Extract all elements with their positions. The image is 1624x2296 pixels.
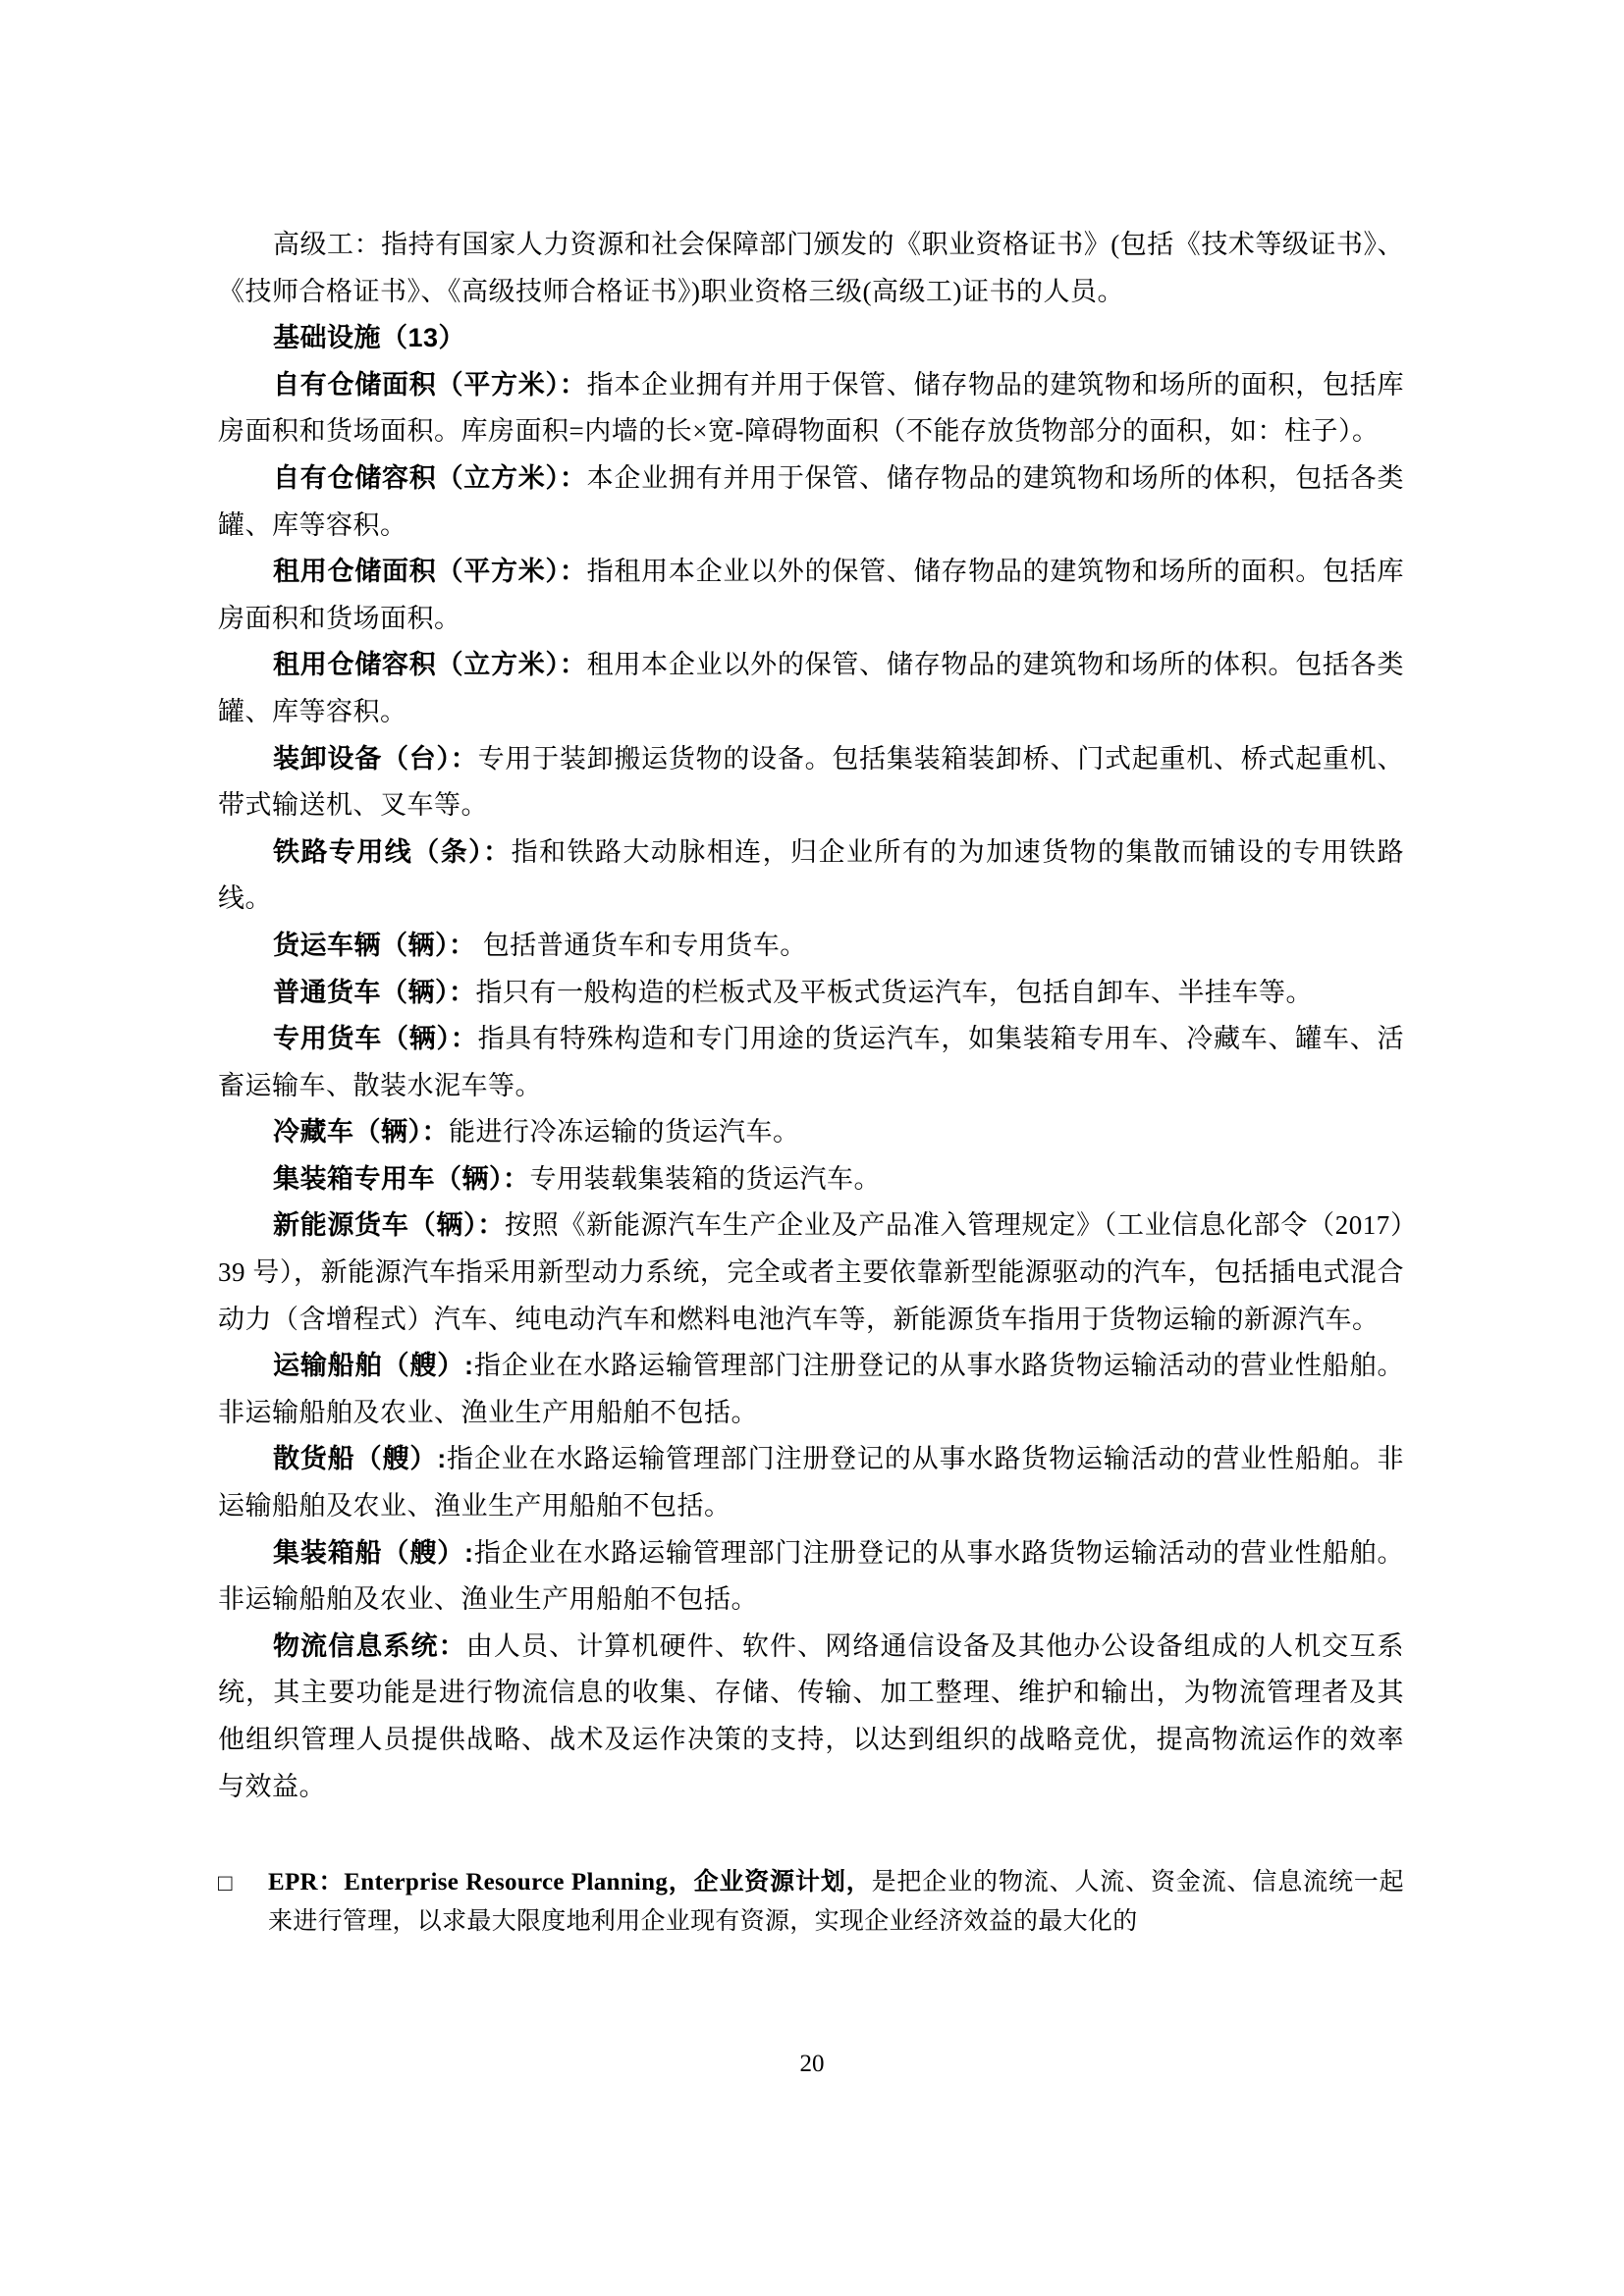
section-heading: 基础设施（13） <box>218 315 1404 362</box>
term-label: 租用仓储面积（平方米）： <box>273 557 587 586</box>
term-definition: 指只有一般构造的栏板式及平板式货运汽车，包括自卸车、半挂车等。 <box>476 978 1314 1007</box>
term-label: 租用仓储容积（立方米）： <box>273 650 587 679</box>
definition-paragraph: 自有仓储容积（立方米）：本企业拥有并用于保管、储存物品的建筑物和场所的体积，包括… <box>218 455 1404 549</box>
term-label: 铁路专用线（条）： <box>273 837 512 867</box>
term-label: 散货船（艘）: <box>273 1444 447 1473</box>
term-label: 普通货车（辆）： <box>273 978 476 1007</box>
bullet-term: EPR：Enterprise Resource Planning，企业资源计划， <box>268 1869 872 1896</box>
term-label: 冷藏车（辆）： <box>273 1117 449 1147</box>
term-label: 自有仓储容积（立方米）： <box>273 463 587 493</box>
definition-paragraph: 运输船舶（艘）:指企业在水路运输管理部门注册登记的从事水路货物运输活动的营业性船… <box>218 1343 1404 1436</box>
term-label: 专用货车（辆）： <box>273 1024 478 1053</box>
term-label: 基础设施（13） <box>273 323 465 352</box>
square-bullet-icon: □ <box>218 1864 233 1903</box>
page-content: 高级工：指持有国家人力资源和社会保障部门颁发的《职业资格证书》(包括《技术等级证… <box>218 222 1404 1941</box>
definition-paragraph: 冷藏车（辆）：能进行冷冻运输的货运汽车。 <box>218 1109 1404 1156</box>
definition-paragraph: 装卸设备（台）：专用于装卸搬运货物的设备。包括集装箱装卸桥、门式起重机、桥式起重… <box>218 736 1404 829</box>
definition-paragraph: 货运车辆（辆）： 包括普通货车和专用货车。 <box>218 923 1404 970</box>
document-page: 高级工：指持有国家人力资源和社会保障部门颁发的《职业资格证书》(包括《技术等级证… <box>0 0 1624 2296</box>
definition-paragraph: 物流信息系统：由人员、计算机硬件、软件、网络通信设备及其他办公设备组成的人机交互… <box>218 1624 1404 1810</box>
definition-paragraph: 租用仓储容积（立方米）：租用本企业以外的保管、储存物品的建筑物和场所的体积。包括… <box>218 642 1404 735</box>
term-definition: 专用装载集装箱的货运汽车。 <box>530 1164 882 1194</box>
definition-paragraph: 租用仓储面积（平方米）：指租用本企业以外的保管、储存物品的建筑物和场所的面积。包… <box>218 549 1404 642</box>
page-number: 20 <box>0 2051 1624 2078</box>
definition-paragraph: 集装箱专用车（辆）：专用装载集装箱的货运汽车。 <box>218 1156 1404 1203</box>
definition-paragraph: 高级工：指持有国家人力资源和社会保障部门颁发的《职业资格证书》(包括《技术等级证… <box>218 222 1404 315</box>
definition-paragraph: 铁路专用线（条）：指和铁路大动脉相连，归企业所有的为加速货物的集散而铺设的专用铁… <box>218 829 1404 923</box>
definition-paragraph: 新能源货车（辆）：按照《新能源汽车生产企业及产品准入管理规定》（工业信息化部令（… <box>218 1202 1404 1343</box>
definition-paragraph: 专用货车（辆）：指具有特殊构造和专门用途的货运汽车，如集装箱专用车、冷藏车、罐车… <box>218 1016 1404 1109</box>
term-label: 运输船舶（艘）: <box>273 1351 474 1380</box>
bullet-item-epr: □EPR：Enterprise Resource Planning，企业资源计划… <box>218 1863 1404 1941</box>
term-label: 集装箱专用车（辆）： <box>273 1164 530 1194</box>
definition-paragraph: 自有仓储面积（平方米）：指本企业拥有并用于保管、储存物品的建筑物和场所的面积，包… <box>218 362 1404 455</box>
term-label: 货运车辆（辆）： <box>273 931 476 960</box>
term-definition: 包括普通货车和专用货车。 <box>476 931 807 960</box>
definition-paragraph: 集装箱船（艘）:指企业在水路运输管理部门注册登记的从事水路货物运输活动的营业性船… <box>218 1530 1404 1624</box>
term-label: 装卸设备（台）： <box>273 744 478 774</box>
definition-paragraph: 普通货车（辆）：指只有一般构造的栏板式及平板式货运汽车，包括自卸车、半挂车等。 <box>218 970 1404 1017</box>
definition-paragraph: 散货船（艘）:指企业在水路运输管理部门注册登记的从事水路货物运输活动的营业性船舶… <box>218 1436 1404 1529</box>
term-label: 物流信息系统： <box>273 1631 466 1661</box>
term-label: 自有仓储面积（平方米）： <box>273 370 587 400</box>
term-label: 集装箱船（艘）: <box>273 1538 474 1568</box>
term-definition: 能进行冷冻运输的货运汽车。 <box>449 1117 800 1147</box>
term-label: 新能源货车（辆）： <box>273 1210 505 1240</box>
term-definition: 高级工：指持有国家人力资源和社会保障部门颁发的《职业资格证书》(包括《技术等级证… <box>218 230 1404 306</box>
